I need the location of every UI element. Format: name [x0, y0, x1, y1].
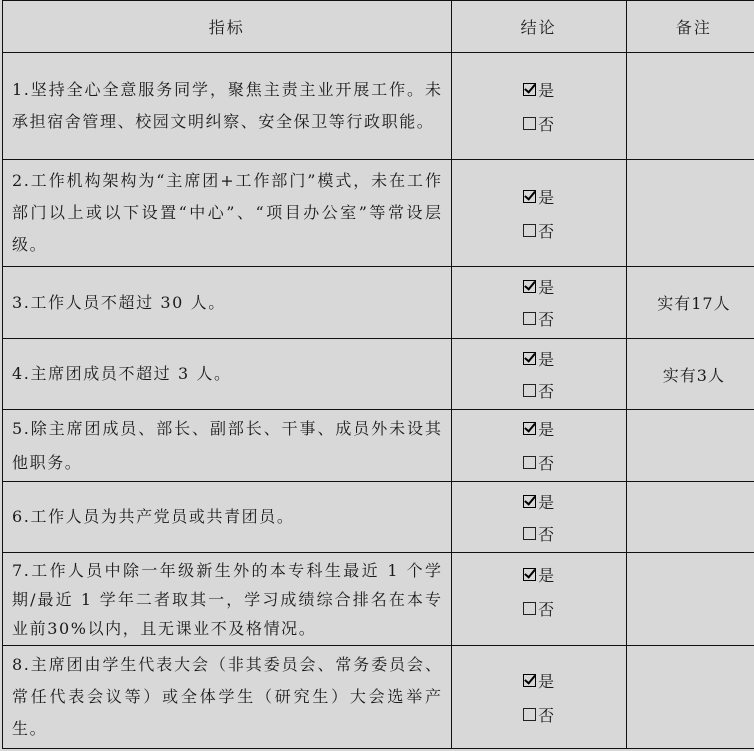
option-no-label: 否 [538, 703, 554, 726]
option-no[interactable]: 否 [452, 517, 626, 549]
option-yes[interactable]: 是 [452, 179, 626, 213]
indicator-cell: 1.坚持全心全意服务同学，聚焦主责主业开展工作。未承担宿舍管理、校园文明纠察、安… [3, 53, 452, 160]
table-row: 2.工作机构架构为“主席团+工作部门”模式，未在工作部门以上或以下设置“中心”、… [3, 160, 754, 267]
unchecked-box-icon[interactable] [523, 708, 536, 721]
option-yes-label: 是 [538, 78, 554, 101]
conclusion-cell: 是 否 [451, 160, 626, 267]
option-no-label: 否 [538, 307, 554, 330]
table-row: 5.除主席团成员、部长、副部长、干事、成员外未设其他职务。 是 否 [3, 410, 754, 482]
indicator-cell: 4.主席团成员不超过 3 人。 [3, 339, 452, 410]
option-yes[interactable]: 是 [452, 342, 626, 374]
indicator-cell: 5.除主席团成员、部长、副部长、干事、成员外未设其他职务。 [3, 410, 452, 482]
header-remarks: 备注 [626, 1, 754, 53]
conclusion-cell: 是 否 [451, 410, 626, 482]
indicator-cell: 7.工作人员中除一年级新生外的本专科生最近 1 个学期/最近 1 学年二者取其一… [3, 553, 452, 646]
option-yes-label: 是 [538, 669, 554, 692]
remark-cell: 实有3人 [626, 339, 754, 410]
option-no[interactable]: 否 [452, 303, 626, 335]
indicator-cell: 2.工作机构架构为“主席团+工作部门”模式，未在工作部门以上或以下设置“中心”、… [3, 160, 452, 267]
conclusion-cell: 是 否 [451, 482, 626, 553]
remark-cell: 实有17人 [626, 267, 754, 339]
unchecked-box-icon[interactable] [523, 312, 536, 325]
conclusion-cell: 是 否 [451, 53, 626, 160]
table-row: 1.坚持全心全意服务同学，聚焦主责主业开展工作。未承担宿舍管理、校园文明纠察、安… [3, 53, 754, 160]
table-row: 8.主席团由学生代表大会（非其委员会、常务委员会、常任代表会议等）或全体学生（研… [3, 646, 754, 749]
option-yes-label: 是 [538, 275, 554, 298]
option-no[interactable]: 否 [452, 697, 626, 731]
remark-cell [626, 410, 754, 482]
option-no-label: 否 [538, 597, 554, 620]
table-row: 3.工作人员不超过 30 人。 是 否 实有17人 [3, 267, 754, 339]
remark-cell [626, 553, 754, 646]
option-no[interactable]: 否 [452, 591, 626, 625]
option-yes-label: 是 [538, 347, 554, 370]
option-no-label: 否 [538, 379, 554, 402]
remark-cell [626, 482, 754, 553]
option-yes[interactable]: 是 [452, 485, 626, 517]
header-indicator: 指标 [3, 1, 452, 53]
option-no-label: 否 [538, 451, 554, 474]
option-yes[interactable]: 是 [452, 663, 626, 697]
unchecked-box-icon[interactable] [523, 384, 536, 397]
table-row: 4.主席团成员不超过 3 人。 是 否 实有3人 [3, 339, 754, 410]
table-row: 7.工作人员中除一年级新生外的本专科生最近 1 个学期/最近 1 学年二者取其一… [3, 553, 754, 646]
conclusion-cell: 是 否 [451, 553, 626, 646]
option-no-label: 否 [538, 522, 554, 545]
option-no[interactable]: 否 [452, 106, 626, 140]
indicator-cell: 3.工作人员不超过 30 人。 [3, 267, 452, 339]
checked-box-icon[interactable] [523, 495, 536, 508]
header-conclusion: 结论 [451, 1, 626, 53]
indicator-cell: 6.工作人员为共产党员或共青团员。 [3, 482, 452, 553]
checked-box-icon[interactable] [523, 280, 536, 293]
checked-box-icon[interactable] [523, 190, 536, 203]
conclusion-cell: 是 否 [451, 267, 626, 339]
option-no[interactable]: 否 [452, 374, 626, 406]
checked-box-icon[interactable] [523, 352, 536, 365]
option-no-label: 否 [538, 112, 554, 135]
option-yes-label: 是 [538, 417, 554, 440]
option-no-label: 否 [538, 219, 554, 242]
checked-box-icon[interactable] [523, 568, 536, 581]
option-yes[interactable]: 是 [452, 72, 626, 106]
checked-box-icon[interactable] [523, 83, 536, 96]
option-no[interactable]: 否 [452, 446, 626, 480]
unchecked-box-icon[interactable] [523, 527, 536, 540]
unchecked-box-icon[interactable] [523, 224, 536, 237]
checked-box-icon[interactable] [523, 422, 536, 435]
table-row: 6.工作人员为共产党员或共青团员。 是 否 [3, 482, 754, 553]
conclusion-cell: 是 否 [451, 646, 626, 749]
unchecked-box-icon[interactable] [523, 117, 536, 130]
option-yes-label: 是 [538, 563, 554, 586]
conclusion-cell: 是 否 [451, 339, 626, 410]
option-no[interactable]: 否 [452, 213, 626, 247]
option-yes-label: 是 [538, 490, 554, 513]
remark-cell [626, 160, 754, 267]
unchecked-box-icon[interactable] [523, 602, 536, 615]
table-header-row: 指标 结论 备注 [3, 1, 754, 53]
option-yes[interactable]: 是 [452, 412, 626, 446]
option-yes-label: 是 [538, 185, 554, 208]
indicator-cell: 8.主席团由学生代表大会（非其委员会、常务委员会、常任代表会议等）或全体学生（研… [3, 646, 452, 749]
remark-cell [626, 53, 754, 160]
option-yes[interactable]: 是 [452, 557, 626, 591]
checklist-table: 指标 结论 备注 1.坚持全心全意服务同学，聚焦主责主业开展工作。未承担宿舍管理… [2, 0, 754, 749]
checked-box-icon[interactable] [523, 674, 536, 687]
option-yes[interactable]: 是 [452, 271, 626, 303]
unchecked-box-icon[interactable] [523, 456, 536, 469]
remark-cell [626, 646, 754, 749]
